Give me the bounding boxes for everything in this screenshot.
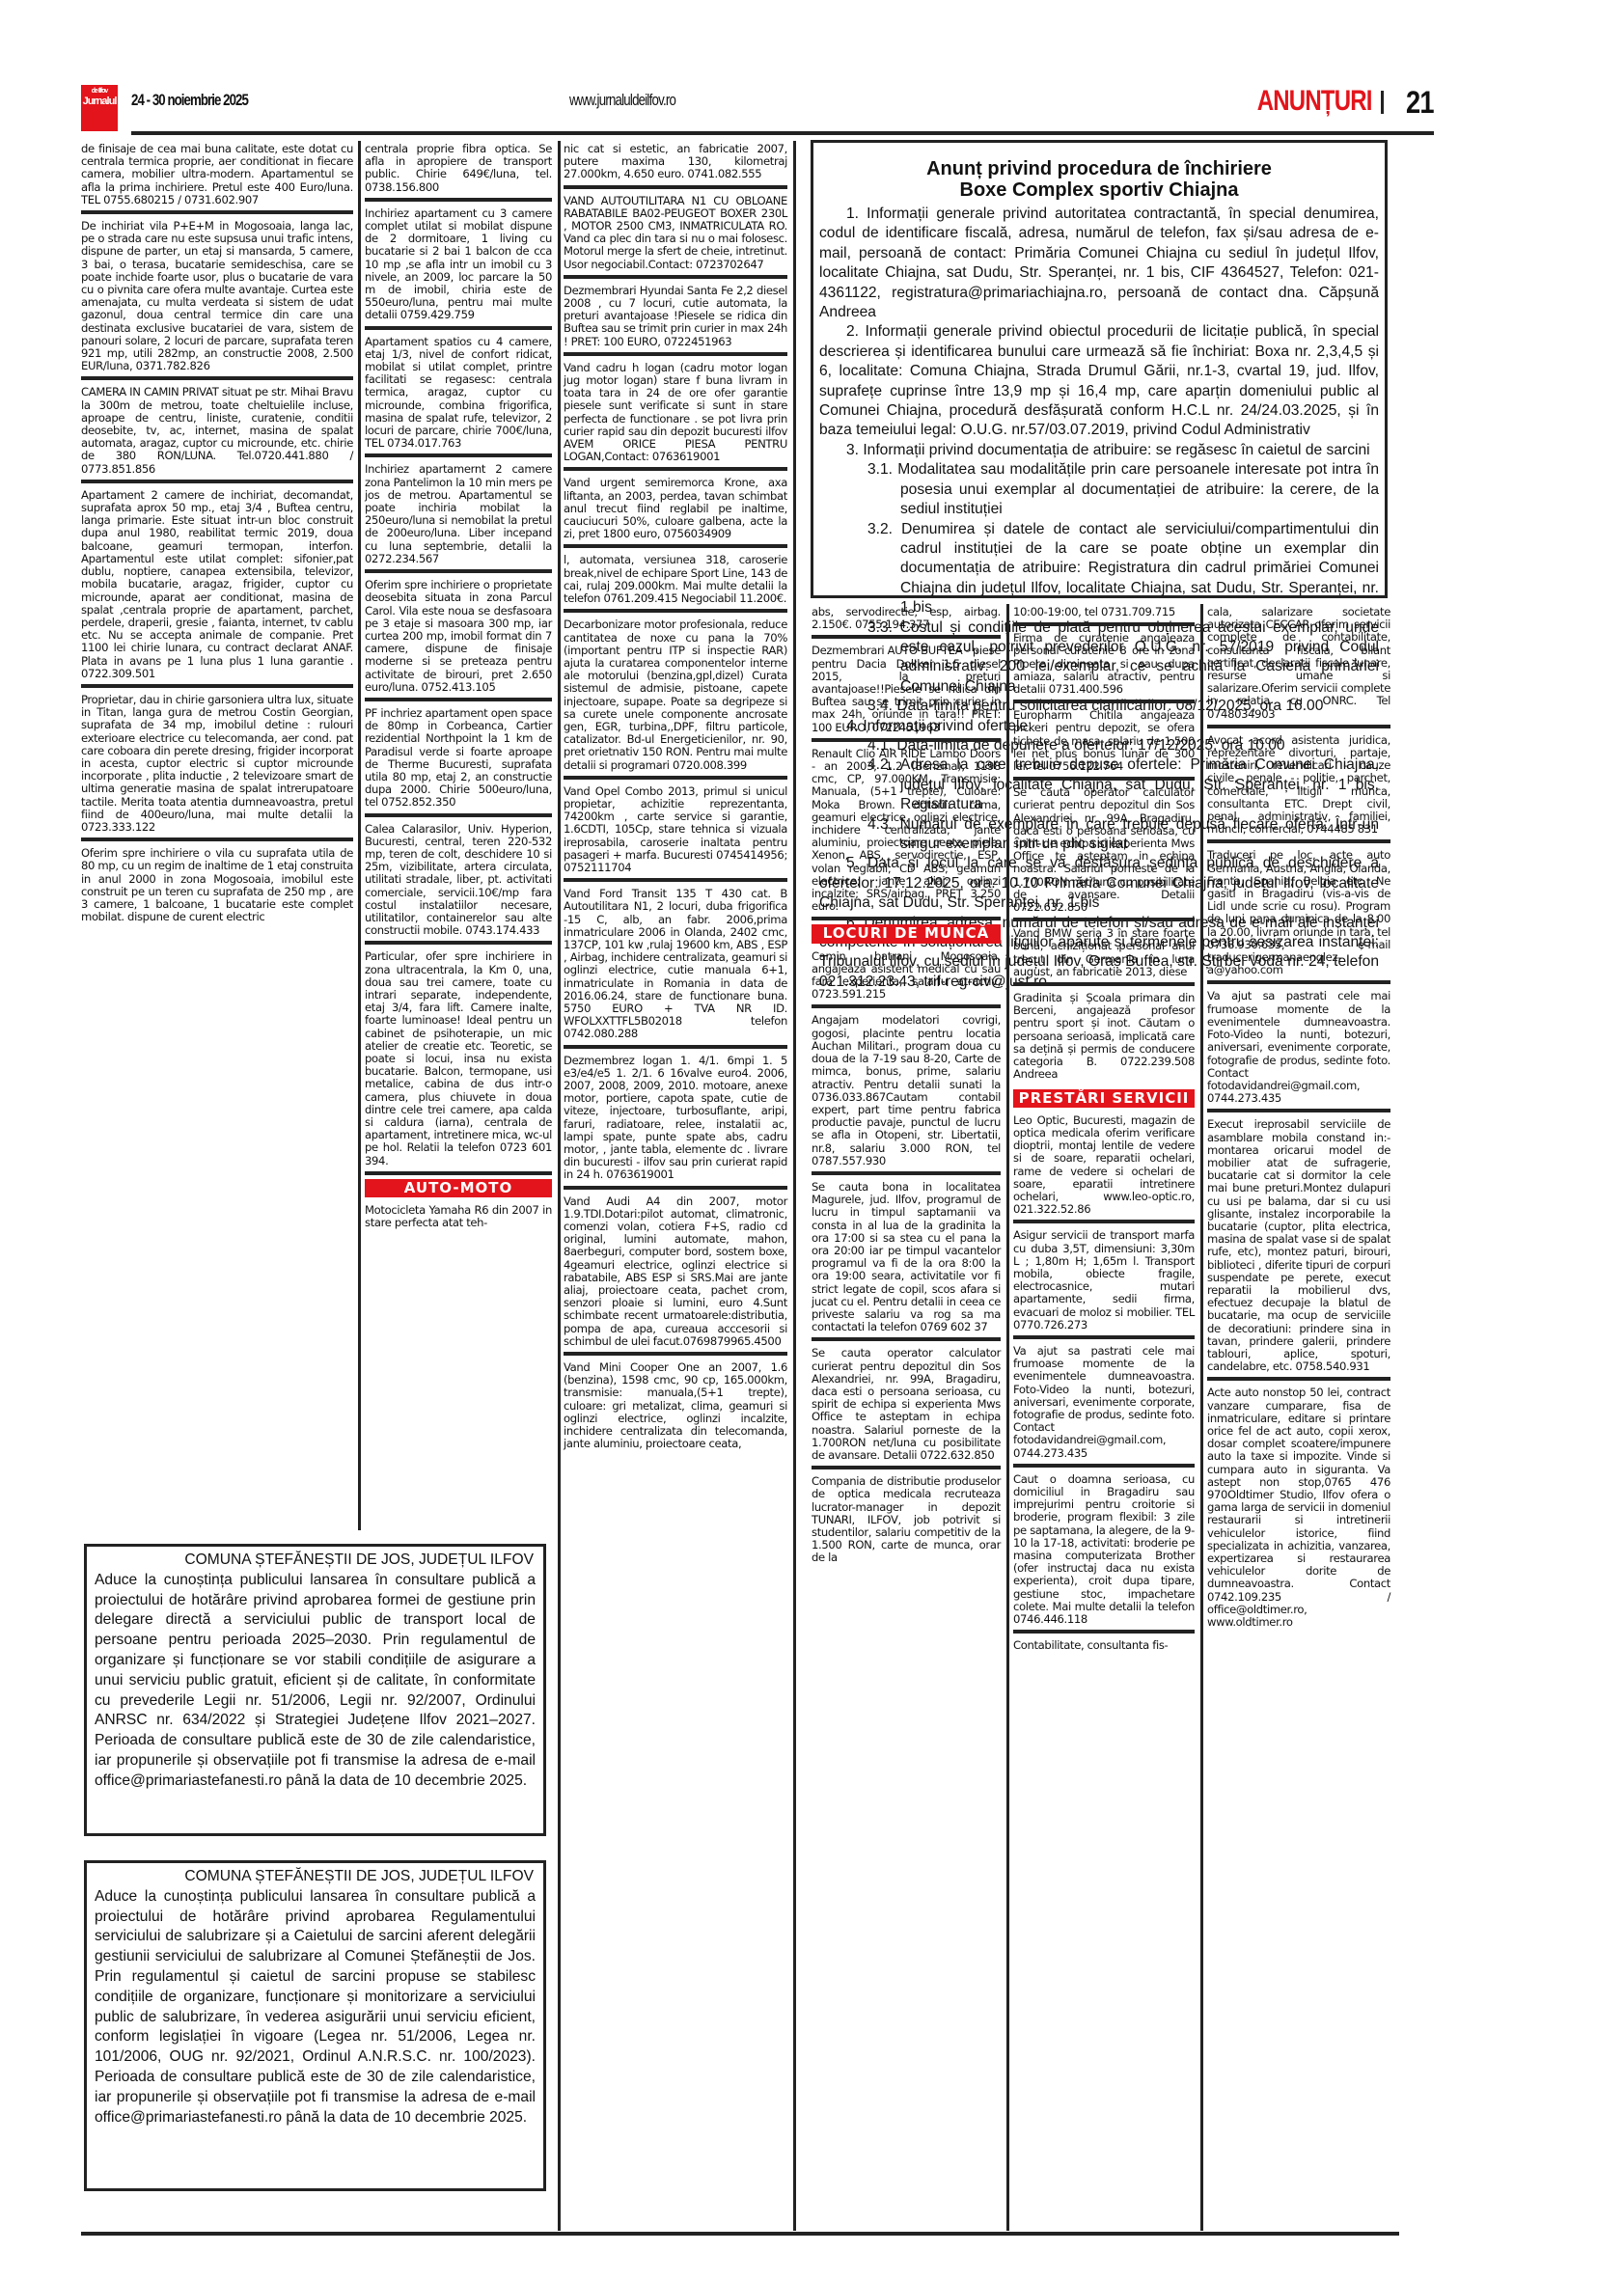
service-ad: Avocat acord asistenta juridica, repreze… (1207, 732, 1390, 844)
classified-ad: Inchiriez apartamernt 2 camere zona Pant… (365, 461, 552, 573)
classified-ad: Apartament 2 camere de inchiriat, decoma… (81, 487, 353, 688)
column-divider (358, 141, 361, 1530)
public-notice-salubrizare: COMUNA ȘTEFĂNEȘTII DE JOS, JUDEȚUL ILFOV… (84, 1860, 546, 2191)
classified-ad: Particular, ofer spre inchiriere in zona… (365, 948, 552, 1174)
column-divider (793, 141, 796, 2231)
notice-title: COMUNA ȘTEFĂNEȘTII DE JOS, JUDEȚUL ILFOV (95, 1867, 536, 1887)
notice-paragraph: 2. Informații generale privind obiectul … (819, 322, 1379, 440)
classified-ad: CAMERA IN CAMIN PRIVAT situat pe str. Mi… (81, 384, 353, 482)
classified-ad: Oferim spre inchiriere o proprietate deo… (365, 577, 552, 701)
header-rule (131, 131, 1434, 135)
service-ad: Leo Optic, Bucuresti, magazin de optica … (1013, 1112, 1195, 1224)
classified-ad: Dezmembrari Hyundai Santa Fe 2,2 diesel … (564, 283, 787, 356)
header-separator (1381, 91, 1384, 114)
service-ad: Va ajut sa pastrati cele mai frumoase mo… (1013, 1343, 1195, 1468)
service-ad: Traduceri pe loc, acte auto Germania, Au… (1207, 847, 1390, 984)
job-ad: Angajam modelatori covrigi, gogosi, plac… (812, 1012, 1001, 1174)
column-divider (1006, 604, 1009, 2231)
classified-ad: de finisaje de cea mai buna calitate, es… (81, 141, 353, 214)
classified-ad: centrala proprie fibra optica. Se afla i… (365, 141, 552, 202)
job-ad: Se cauta operator calculator curierat pe… (812, 1345, 1001, 1469)
public-notice-transport: COMUNA ȘTEFĂNEȘTII DE JOS, JUDEȚUL ILFOV… (84, 1544, 546, 1836)
bottom-rule (81, 2232, 1399, 2236)
job-ad: Gradinita și Școala primara din Berceni,… (1013, 990, 1195, 1085)
classified-ad: Inchiriez apartament cu 3 camere complet… (365, 206, 552, 330)
chiajna-rental-notice: Anunț privind procedura de închiriere Bo… (811, 140, 1388, 598)
job-ad: Firma de curatenie angajeaza personal cu… (1013, 630, 1195, 703)
classified-ad: Renault Clio AIR RIDE Lambo Doors - an 2… (812, 746, 1001, 921)
page-header: de Ilfov Jurnalul 24 - 30 noiembrie 2025… (81, 85, 1434, 135)
notice-paragraph: 1. Informații generale privind autoritat… (819, 205, 1379, 322)
classified-ad: Dezmembrez logan 1. 4/1. 6mpi 1. 5 e3/e4… (564, 1053, 787, 1190)
classified-ad: Apartament spatios cu 4 camere, etaj 1/3… (365, 334, 552, 458)
classifieds-column-4: abs, servodirectie, esp, airbag. 2.150€.… (812, 604, 1001, 1573)
section-header-services: PRESTĂRI SERVICII (1013, 1089, 1195, 1108)
job-ad: Europharm Chitila angajeaza pickeri pent… (1013, 707, 1195, 781)
newspaper-logo: de Ilfov Jurnalul (81, 85, 118, 131)
notice-title: Anunț privind procedura de închiriere Bo… (819, 158, 1379, 201)
website-url[interactable]: www.jurnaluldeilfov.ro (569, 91, 675, 110)
service-ad: Caut o doamna serioasa, cu domiciliul in… (1013, 1471, 1195, 1634)
service-ad: Execut ireprosabil serviciile de asambla… (1207, 1116, 1390, 1381)
classified-ad: abs, servodirectie, esp, airbag. 2.150€.… (812, 604, 1001, 639)
column-divider (1200, 604, 1203, 2231)
classified-ad: nic cat si estetic, an fabricatie 2007, … (564, 141, 787, 189)
classified-ad: Calea Calarasilor, Univ. Hyperion, Bucur… (365, 821, 552, 946)
logo-text: Jurnalul (81, 96, 118, 108)
notice-body: Aduce la cunoștința publicului lansarea … (95, 1887, 536, 2128)
notice-body: Aduce la cunoștința publicului lansarea … (95, 1571, 536, 1792)
notice-paragraph: 3. Informații privind documentația de at… (819, 441, 1379, 460)
section-header-auto-moto: AUTO-MOTO (365, 1179, 552, 1197)
service-ad: Acte auto nonstop 50 lei, contract vanza… (1207, 1385, 1390, 1633)
service-ad: cala, salarizare societate autorizata CE… (1207, 604, 1390, 728)
classifieds-column-5: 10:00-19:00, tel 0731.709.715 Firma de c… (1013, 604, 1195, 1660)
job-ad: Camin batrani Mogosoaia, angajeaza asist… (812, 948, 1001, 1009)
classified-ad: l, automata, versiunea 318, caroserie br… (564, 552, 787, 613)
job-ad: Se cauta operator calculator curierat pe… (1013, 784, 1195, 921)
classified-ad: De inchiriat vila P+E+M in Mogosoaia, la… (81, 218, 353, 380)
job-ad: 10:00-19:00, tel 0731.709.715 (1013, 604, 1195, 626)
classified-ad: Proprietar, dau in chirie garsoniera ult… (81, 692, 353, 841)
classified-ad: Oferim spre inchiriere o vila cu suprafa… (81, 845, 353, 927)
section-header-jobs: LOCURI DE MUNCĂ (812, 924, 1001, 943)
classifieds-column-2: centrala proprie fibra optica. Se afla i… (365, 141, 552, 1237)
job-ad: Vand BMW seria 3 în stare foarte bună, a… (1013, 925, 1195, 986)
service-ad: Contabilitate, consultanta fis- (1013, 1637, 1195, 1656)
classified-ad: Vand Mini Cooper One an 2007, 1.6 (benzi… (564, 1359, 787, 1454)
notice-subparagraph: 3.1. Modalitatea sau modalitățile prin c… (852, 460, 1379, 519)
section-title: ANUNȚURI (1257, 85, 1372, 118)
job-ad: Compania de distributie produselor de op… (812, 1473, 1001, 1568)
classifieds-column-1: de finisaje de cea mai buna calitate, es… (81, 141, 353, 931)
classified-ad: Vand Ford Transit 135 T 430 cat. B Autou… (564, 886, 787, 1048)
classified-ad: Decarbonizare motor profesionala, reduce… (564, 617, 787, 779)
classifieds-column-6: cala, salarizare societate autorizata CE… (1207, 604, 1390, 1636)
classified-ad: Vand urgent semiremorca Krone, axa lifta… (564, 475, 787, 548)
column-divider (558, 141, 561, 2231)
job-ad: Se cauta bona in localitatea Magurele, j… (812, 1179, 1001, 1341)
classified-ad: Vand cadru h logan (cadru motor logan ju… (564, 360, 787, 472)
classified-ad: PF inchriez apartament open space de 80m… (365, 705, 552, 817)
notice-title: COMUNA ȘTEFĂNEȘTII DE JOS, JUDEȚUL ILFOV (95, 1551, 536, 1571)
service-ad: Va ajut sa pastrati cele mai frumoase mo… (1207, 988, 1390, 1112)
classified-ad: Motocicleta Yamaha R6 din 2007 in stare … (365, 1202, 552, 1233)
classifieds-column-3: nic cat si estetic, an fabricatie 2007, … (564, 141, 787, 1458)
classified-ad: Dezmembrari AUTO BUFTEA - piese pentru D… (812, 643, 1001, 741)
issue-date: 24 - 30 noiembrie 2025 (131, 91, 248, 110)
page-number: 21 (1406, 85, 1434, 121)
classified-ad: VAND AUTOUTILITARA N1 CU OBLOANE RABATAB… (564, 193, 787, 279)
service-ad: Asigur servicii de transport marfa cu du… (1013, 1227, 1195, 1339)
classified-ad: Vand Audi A4 din 2007, motor 1.9.TDI.Dot… (564, 1194, 787, 1356)
classified-ad: Vand Opel Combo 2013, primul si unicul p… (564, 783, 787, 882)
